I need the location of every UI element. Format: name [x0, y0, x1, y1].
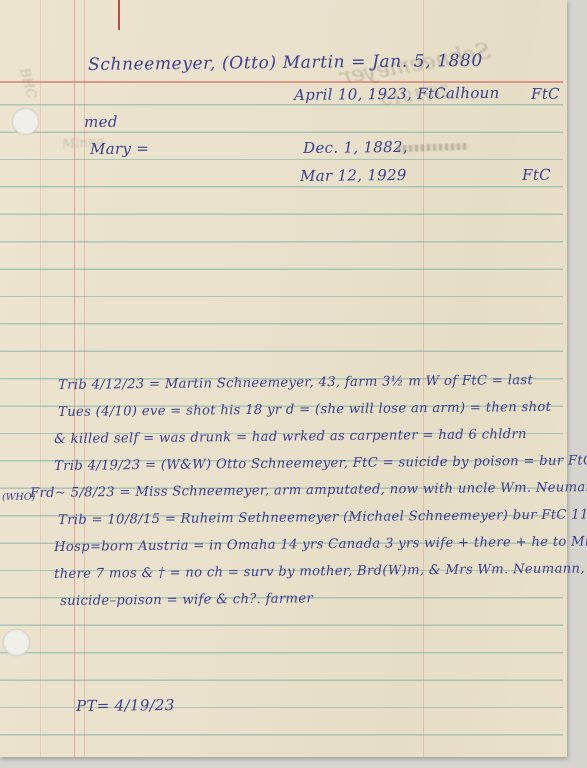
scanned-paper-page: Schneemeyer 26/1915 BHC Minna Schneemeye…: [0, 0, 567, 757]
bleedthrough-text: BHC: [16, 67, 38, 101]
footer-citation: PT= 4/19/23: [76, 696, 175, 715]
red-margin-rule-faint: [40, 0, 41, 757]
spouse-name: Mary =: [90, 139, 149, 158]
death-date-line: April 10, 1923, FtCalhoun: [294, 84, 500, 104]
note-line-3: & killed self = was drunk = had wrked as…: [54, 427, 527, 447]
punch-hole-top: [12, 108, 39, 135]
note-line-2: Tues (4/10) eve = shot his 18 yr d = (sh…: [58, 400, 551, 420]
punch-hole-bottom: [3, 629, 30, 656]
note-line-5: Frd~ 5/8/23 = Miss Schneemeyer, arm ampu…: [30, 480, 587, 501]
note-line-6-pre: Trib = 10/8/15 = Ruheim Sethneemeyer: [58, 510, 343, 528]
note-line-6-post: bur FtC 11/30/15=: [508, 507, 587, 523]
red-pen-tick: [118, 0, 120, 30]
note-line-8: there 7 mos & † = no ch = surv by mother…: [54, 561, 587, 582]
note-line-9: suicide–poison = wife & ch?. farmer: [60, 591, 313, 609]
spouse-death-source-abbr: FtC: [522, 166, 551, 184]
subject-name-line: Schneemeyer, (Otto) Martin = Jan. 5, 188…: [88, 51, 483, 75]
death-source-abbr: FtC: [531, 85, 560, 103]
note-line-7: Hosp=born Austria = in Omaha 14 yrs Cana…: [54, 534, 587, 555]
note-line-6-red-correction: (Michael Schneemeyer): [343, 508, 508, 525]
married-abbr: med: [84, 113, 118, 131]
note-line-4: Trib 4/19/23 = (W&W) Otto Schneemeyer, F…: [54, 453, 587, 474]
note-line-1: Trib 4/12/23 = Martin Schneemeyer, 43, f…: [58, 373, 533, 393]
note-line-6: Trib = 10/8/15 = Ruheim Sethneemeyer (Mi…: [58, 507, 587, 528]
spouse-death-date: Mar 12, 1929: [300, 166, 407, 185]
spouse-birth-date: Dec. 1, 1882,: [303, 138, 408, 157]
